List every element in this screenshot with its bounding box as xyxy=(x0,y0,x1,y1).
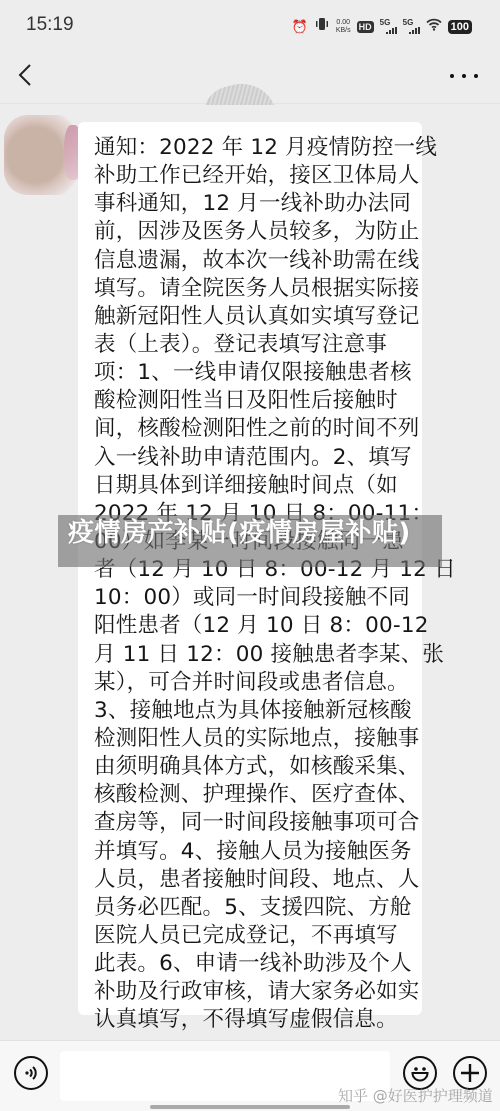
status-time: 15:19 xyxy=(26,14,74,36)
more-button[interactable] xyxy=(450,64,478,88)
home-indicator[interactable] xyxy=(150,1105,350,1109)
message-line: 由须明确具体方式，如核酸采集、 xyxy=(94,753,408,781)
network-speed-value: 0.00 xyxy=(336,19,350,27)
message-line: 信息遗漏，故本次一线补助需在线 xyxy=(94,247,408,275)
watermark: 知乎 @好医护护理频道 xyxy=(338,1085,493,1106)
message-line: 此表。6、申请一线补助涉及个人 xyxy=(94,950,408,978)
message-line: 入一线补助申请范围内。2、填写 xyxy=(94,444,408,472)
sim2-network: 5G xyxy=(403,19,420,27)
message-line: 间，核酸检测阳性之前的时间不列 xyxy=(94,415,408,443)
signal-icon: 5G xyxy=(380,19,397,34)
message-line: 填写。请全院医务人员根据实际接 xyxy=(94,275,408,303)
overlay-title: 疫情房产补贴(疫情房屋补贴) xyxy=(68,518,438,548)
signal-icon: 5G xyxy=(403,19,420,34)
chat-area[interactable]: 通知：2022 年 12 月疫情防控一线 补助工作已经开始，接区卫体局人 事科通… xyxy=(0,105,500,1040)
vibrate-icon xyxy=(314,17,330,36)
message-line: 事科通知，12 月一线补助办法同 xyxy=(94,190,408,218)
message-line: 日期具体到详细接触时间点（如 xyxy=(94,472,408,500)
message-line: 查房等，同一时间段接触事项可合 xyxy=(94,809,408,837)
chevron-left-icon xyxy=(14,60,38,90)
message-line: 员务必匹配。5、支援四院、方舱 xyxy=(94,894,408,922)
voice-button[interactable] xyxy=(14,1056,48,1090)
message-line: 人员，患者接触时间段、地点、人 xyxy=(94,866,408,894)
message-line: 10：00）或同一时间段接触不同 xyxy=(94,584,408,612)
alarm-icon: ⏰ xyxy=(292,20,308,34)
voice-icon xyxy=(21,1063,41,1083)
emoji-icon xyxy=(408,1061,432,1085)
network-speed: 0.00 KB/s xyxy=(336,19,351,35)
avatar[interactable] xyxy=(4,115,82,195)
message-line: 医院人员已完成登记，不再填写 xyxy=(94,922,408,950)
message-line: 核酸检测、护理操作、医疗查体、 xyxy=(94,781,408,809)
message-line: 某），可合并时间段或患者信息。 xyxy=(94,669,408,697)
message-line: 月 11 日 12：00 接触患者李某、张 xyxy=(94,641,408,669)
sim1-network: 5G xyxy=(380,19,397,27)
status-bar: 15:19 ⏰ 0.00 KB/s HD 5G 5G 100 xyxy=(0,0,500,52)
network-speed-unit: KB/s xyxy=(336,27,351,35)
status-icons: ⏰ 0.00 KB/s HD 5G 5G 100 xyxy=(292,17,472,36)
plus-icon xyxy=(459,1062,481,1084)
more-horizontal-icon xyxy=(450,74,454,78)
battery-icon: 100 xyxy=(448,20,472,34)
wifi-icon xyxy=(426,18,442,36)
message-line: 触新冠阳性人员认真如实填写登记 xyxy=(94,303,408,331)
message-line: 表（上表）。登记表填写注意事 xyxy=(94,331,408,359)
message-line: 前，因涉及医务人员较多，为防止 xyxy=(94,218,408,246)
message-line: 酸检测阳性当日及阳性后接触时 xyxy=(94,387,408,415)
message-line: 认真填写，不得填写虚假信息。 xyxy=(94,1006,408,1034)
message-line: 通知：2022 年 12 月疫情防控一线 xyxy=(94,134,408,162)
message-line: 补助工作已经开始，接区卫体局人 xyxy=(94,162,408,190)
message-bubble[interactable]: 通知：2022 年 12 月疫情防控一线 补助工作已经开始，接区卫体局人 事科通… xyxy=(78,122,422,1015)
message-line: 阳性患者（12 月 10 日 8：00-12 xyxy=(94,612,408,640)
message-line: 补助及行政审核，请大家务必如实 xyxy=(94,978,408,1006)
message-line: 检测阳性人员的实际地点，接触事 xyxy=(94,725,408,753)
message-line: 并填写。4、接触人员为接触医务 xyxy=(94,838,408,866)
back-button[interactable] xyxy=(14,60,38,90)
hd-voice-icon: HD xyxy=(357,21,374,33)
message-line: 3、接触地点为具体接触新冠核酸 xyxy=(94,697,408,725)
message-line: 项：1、一线申请仅限接触患者核 xyxy=(94,359,408,387)
nav-bar xyxy=(0,52,500,104)
